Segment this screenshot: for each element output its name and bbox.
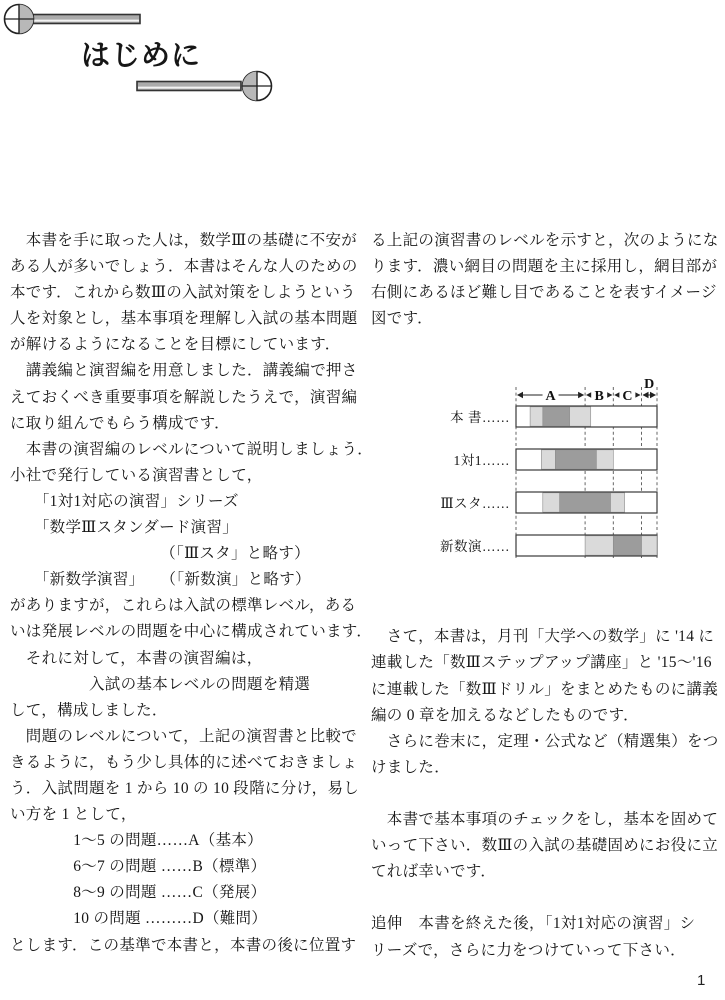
diagram-bar-segment-light [570, 407, 591, 426]
text-line: 編の 0 章を加えるなどしたものです． [371, 703, 723, 729]
pushpin-icon-below-title [93, 69, 275, 105]
text-line: 問題のレベルについて，上記の演習書と比較で [10, 724, 366, 750]
text-line: ある人が多いでしょう．本書はそんな人のための [10, 254, 366, 280]
right-column: る上記の演習書のレベルを示すと，次のようになります．濃い網目の問題を主に採用し，… [371, 228, 723, 964]
text-line: 「1対1対応の演習」シリーズ [10, 489, 366, 515]
diagram-bar-segment-light [543, 493, 560, 512]
text-line: 本書を手に取った人は，数学Ⅲの基礎に不安が [10, 228, 366, 254]
text-line: さて，本書は，月刊「大学への数学」に '14 に [371, 624, 723, 650]
text-line: 8～9 の問題 ……C（発展） [10, 880, 366, 906]
text-line: 図です． [371, 306, 723, 332]
text-line: えておくべき重要事項を解説したうえで，演習編 [10, 385, 366, 411]
diagram-bar-segment-light [530, 407, 543, 426]
text-line: が解けるようになることを目標にしています． [10, 332, 366, 358]
diagram-row-label: 本 書…… [450, 409, 510, 425]
scale-arrowhead [578, 392, 584, 398]
scale-label: A [545, 389, 556, 404]
scale-arrowhead [517, 392, 523, 398]
text-line: 本書の演習編のレベルについて説明しましょう． [10, 437, 366, 463]
diagram-bar-segment-dark [560, 493, 611, 512]
text-line: ります．濃い網目の問題を主に採用し，網目部が [371, 254, 723, 280]
diagram-row-label: Ⅲスタ…… [440, 496, 510, 511]
text-line: てれば幸いです． [371, 859, 723, 885]
left-column: 本書を手に取った人は，数学Ⅲの基礎に不安がある人が多いでしょう．本書はそんな人の… [10, 228, 366, 959]
text-line: に取り組んでもらう構成です． [10, 411, 366, 437]
scale-label: C [622, 389, 632, 404]
text-line: いは発展レベルの問題を中心に構成されています． [10, 619, 366, 645]
text-line: して，構成しました． [10, 698, 366, 724]
text-line: 1～5 の問題……A（基本） [10, 828, 366, 854]
text-line: 「新数学演習」 （「新数演」と略す） [10, 567, 366, 593]
text-line: （「Ⅲスタ」と略す） [10, 541, 366, 567]
text-line: 10 の問題 ………D（難問） [10, 906, 366, 932]
diagram-bar-segment-light [641, 536, 657, 555]
level-diagram: ABCD本 書……1対1……Ⅲスタ……新数演…… [430, 374, 720, 574]
scale-arrowhead [634, 392, 640, 398]
text-line: それに対して，本書の演習編は， [10, 646, 366, 672]
diagram-bar-segment-dark [555, 450, 596, 469]
text-line: 連載した「数Ⅲステップアップ講座」と '15～'16 [371, 650, 723, 676]
scale-arrowhead [614, 392, 620, 398]
text-line: とします．この基準で本書と，本書の後に位置す [10, 933, 366, 959]
level-diagram-svg: ABCD本 書……1対1……Ⅲスタ……新数演…… [430, 374, 720, 574]
text-line: がありますが，これらは入試の標準レベル，ある [10, 593, 366, 619]
text-line: 入試の基本レベルの問題を精選 [10, 672, 366, 698]
page-number: 1 [697, 972, 705, 989]
text-line: 6～7 の問題 ……B（標準） [10, 854, 366, 880]
book-page: はじめに 本書を手に取った人は，数学Ⅲの基礎に不安がある人が多いでしょう．本書は… [0, 0, 725, 1000]
text-line: 人を対象とし，基本事項を理解し入試の基本問題 [10, 306, 366, 332]
text-line: 「数学Ⅲスタンダード演習」 [10, 515, 366, 541]
text-line: さらに巻末に，定理・公式など（精選集）をつ [371, 729, 723, 755]
text-line: い方を 1 として， [10, 802, 366, 828]
scale-label: D [644, 377, 654, 392]
diagram-bar-segment-light [585, 536, 613, 555]
scale-label: B [595, 389, 604, 404]
text-line: に連載した「数Ⅲドリル」をまとめたものに講義 [371, 677, 723, 703]
diagram-bar-segment-dark [613, 536, 641, 555]
diagram-row-label: 1対1…… [454, 453, 511, 468]
diagram-bar-segment-light [596, 450, 613, 469]
text-line: けました． [371, 755, 723, 781]
page-title: はじめに [81, 33, 201, 74]
scale-arrowhead [650, 392, 656, 398]
text-line: る上記の演習書のレベルを示すと，次のようにな [371, 228, 723, 254]
text-line: 本書で基本事項のチェックをし，基本を固めて [371, 807, 723, 833]
text-line: リーズで，さらに力をつけていって下さい． [371, 938, 723, 964]
diagram-bar-segment-dark [543, 407, 570, 426]
diagram-bar-segment-light [610, 493, 624, 512]
right-column-top-lines: る上記の演習書のレベルを示すと，次のようになります．濃い網目の問題を主に採用し，… [371, 228, 723, 332]
text-line: 追伸 本書を終えた後，「1対1対応の演習」シ [371, 911, 723, 937]
blank-line [371, 885, 723, 911]
diagram-bar-segment-light [541, 450, 555, 469]
text-line: 小社で発行している演習書として， [10, 463, 366, 489]
text-line: 講義編と演習編を用意しました．講義編で押さ [10, 358, 366, 384]
diagram-row-label: 新数演…… [440, 538, 510, 554]
text-line: 右側にあるほど難し目であることを表すイメージ [371, 280, 723, 306]
text-line: 本です．これから数Ⅲの入試対策をしようという [10, 280, 366, 306]
text-line: う．入試問題を 1 から 10 の 10 段階に分け，易し [10, 776, 366, 802]
text-line: きるように，もう少し具体的に述べておきましょ [10, 750, 366, 776]
blank-line [371, 781, 723, 807]
scale-arrowhead [642, 392, 648, 398]
text-line: いって下さい．数Ⅲの入試の基礎固めにお役に立 [371, 833, 723, 859]
right-column-bottom-lines: さて，本書は，月刊「大学への数学」に '14 に連載した「数Ⅲステップアップ講座… [371, 624, 723, 963]
scale-arrowhead [586, 392, 592, 398]
